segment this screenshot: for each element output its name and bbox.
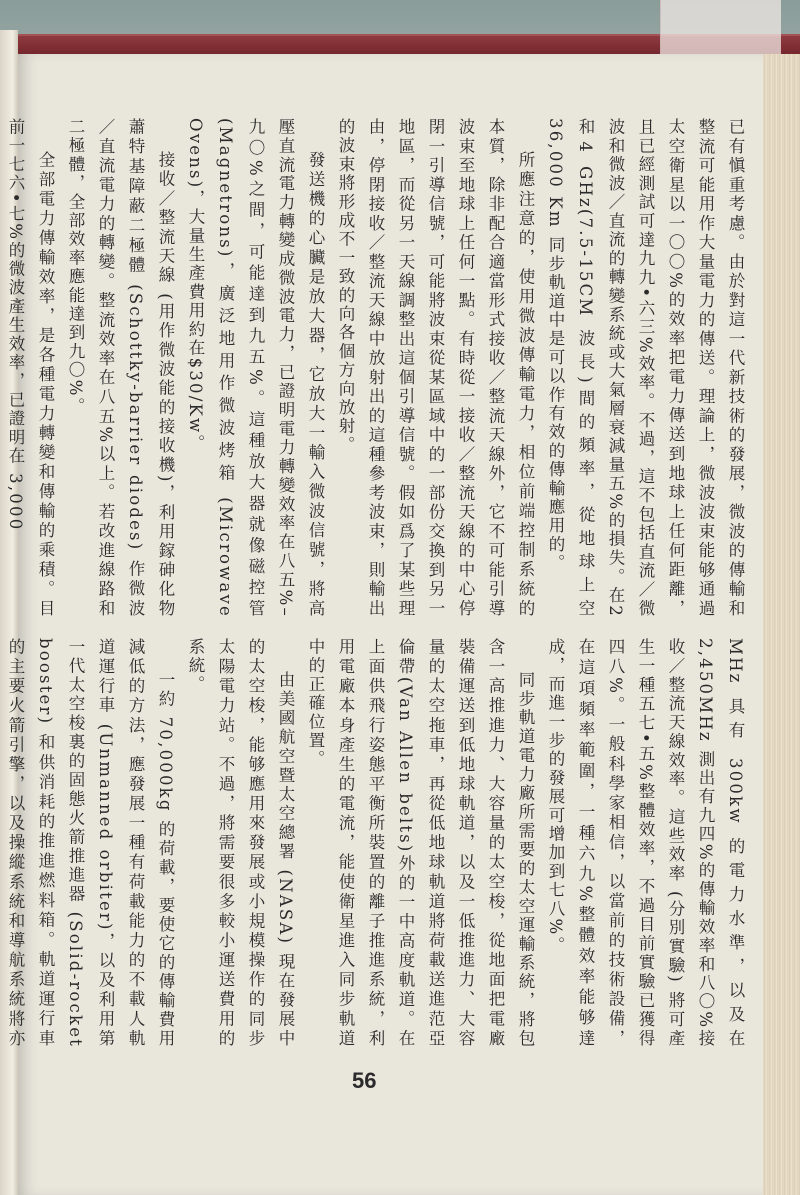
paragraph: 所應注意的，使用微波傳輸電力，相位前端控制系統的本質，除非配合適當形式接收／整流… — [330, 118, 540, 618]
paragraph: 接收／整流天線 (用作微波能的接收機)，利用鎵砷化物蕭特基障蔽二極體 (Scho… — [60, 118, 180, 618]
paragraph: 由美國航空暨太空總署 (NASA) 現在發展中的太空梭，能够應用來發展或小規模操… — [180, 638, 300, 1048]
paragraph: 全部電力傳輸效率，是各種電力轉變和傳輸的乘積。目前一七六•七%的微波產生效率，已… — [0, 118, 60, 618]
top-text-section: 已有愼重考慮。由於對這一代新技術的發展，微波的傳輸和整流可能用作大量電力的傳送。… — [70, 118, 750, 618]
page-block-edges — [763, 54, 800, 1195]
paragraph: 發送機的心臟是放大器，它放大一輸入微波信號，將高壓直流電力轉變成微波電力，已證明… — [180, 118, 330, 618]
paragraph: 同步軌道電力廠所需要的太空運輸系統，將包含一高推進力、大容量的太空梭，從地面把電… — [300, 638, 540, 1048]
paragraph: 一約 70,000kg 的荷載，要使它的傳輸費用減低的方法，應發展一種有荷載能力… — [0, 638, 180, 1048]
paragraph: MHz 具有 300kw 的電力水準，以及在 2,450MHz 測出有九四%的傳… — [540, 638, 750, 1048]
repair-tape — [660, 0, 781, 62]
page-number: 56 — [352, 1068, 376, 1094]
paragraph: 已有愼重考慮。由於對這一代新技術的發展，微波的傳輸和整流可能用作大量電力的傳送。… — [540, 118, 750, 618]
bottom-text-section: MHz 具有 300kw 的電力水準，以及在 2,450MHz 測出有九四%的傳… — [70, 638, 750, 1048]
